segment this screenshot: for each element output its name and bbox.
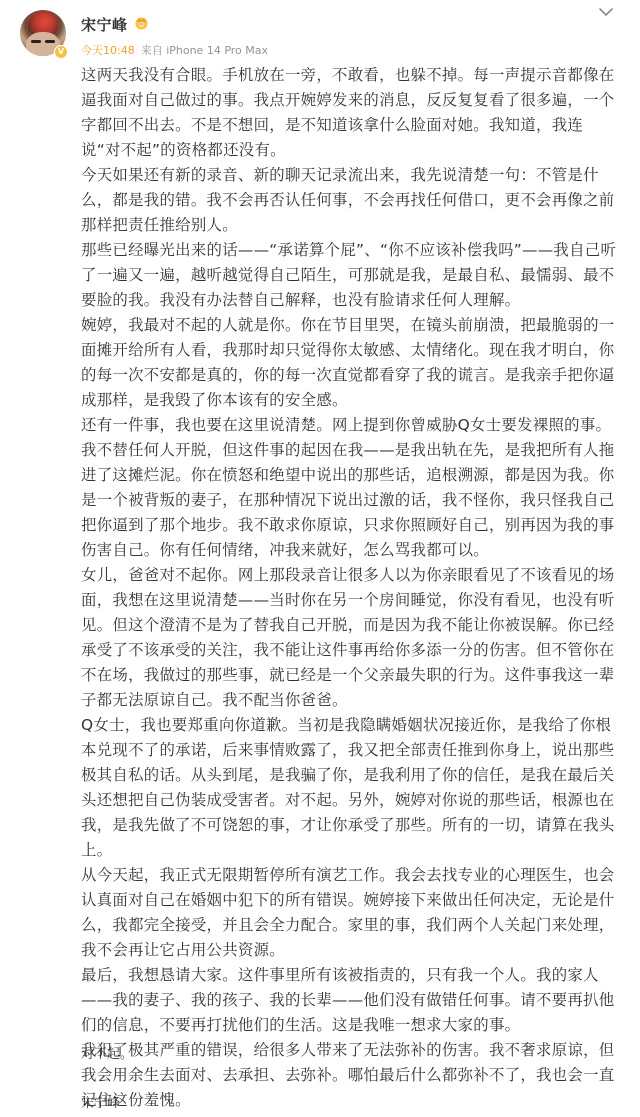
paragraph: 那些已经曝光出来的话——“承诺算个屁”、“你不应该补偿我吗”——我自己听了一遍又…: [81, 238, 621, 313]
post-time: 今天10:48: [81, 44, 135, 57]
post-body: 这两天我没有合眼。手机放在一旁，不敢看，也躲不掉。每一声提示音都像在逼我面对自己…: [81, 63, 621, 1113]
paragraph: 最后，我想恳请大家。这件事里所有该被指责的，只有我一个人。我的家人——我的妻子、…: [81, 963, 621, 1038]
weibo-post: V 宋宁峰 今天10:48来自 iPhone 14 Pro Max 这两天我没有…: [0, 0, 640, 1117]
chevron-down-icon[interactable]: [598, 6, 614, 18]
paragraph: 女儿，爸爸对不起你。网上那段录音让很多人以为你亲眼看见了不该看见的场面，我想在这…: [81, 563, 621, 713]
paragraph: Q女士，我也要郑重向你道歉。当初是我隐瞒婚姻状况接近你，是我给了你根本兑现不了的…: [81, 713, 621, 863]
post-meta: 今天10:48来自 iPhone 14 Pro Max: [81, 42, 268, 58]
crown-badge-icon[interactable]: [134, 15, 149, 30]
verified-v-icon: V: [54, 45, 68, 59]
signature: 宋宁峰: [81, 1092, 120, 1111]
paragraph: 我犯了极其严重的错误，给很多人带来了无法弥补的伤害。我不奢求原谅，但我会用余生去…: [81, 1038, 621, 1113]
paragraph: 这两天我没有合眼。手机放在一旁，不敢看，也躲不掉。每一声提示音都像在逼我面对自己…: [81, 63, 621, 163]
avatar-eye-right: [45, 40, 55, 43]
post-source: 来自 iPhone 14 Pro Max: [141, 44, 268, 57]
paragraph: 今天如果还有新的录音、新的聊天记录流出来，我先说清楚一句：不管是什么，都是我的错…: [81, 163, 621, 238]
paragraph: 婉婷，我最对不起的人就是你。你在节目里哭，在镜头前崩溃，把最脆弱的一面摊开给所有…: [81, 313, 621, 413]
paragraph: 从今天起，我正式无限期暂停所有演艺工作。我会去找专业的心理医生，也会认真面对自己…: [81, 863, 621, 963]
closing-line: 对不起。: [81, 1043, 133, 1062]
paragraph: 还有一件事，我也要在这里说清楚。网上提到你曾威胁Q女士要发裸照的事。我不替任何人…: [81, 413, 621, 563]
avatar-eye-left: [31, 40, 41, 43]
author-name[interactable]: 宋宁峰: [81, 14, 128, 35]
